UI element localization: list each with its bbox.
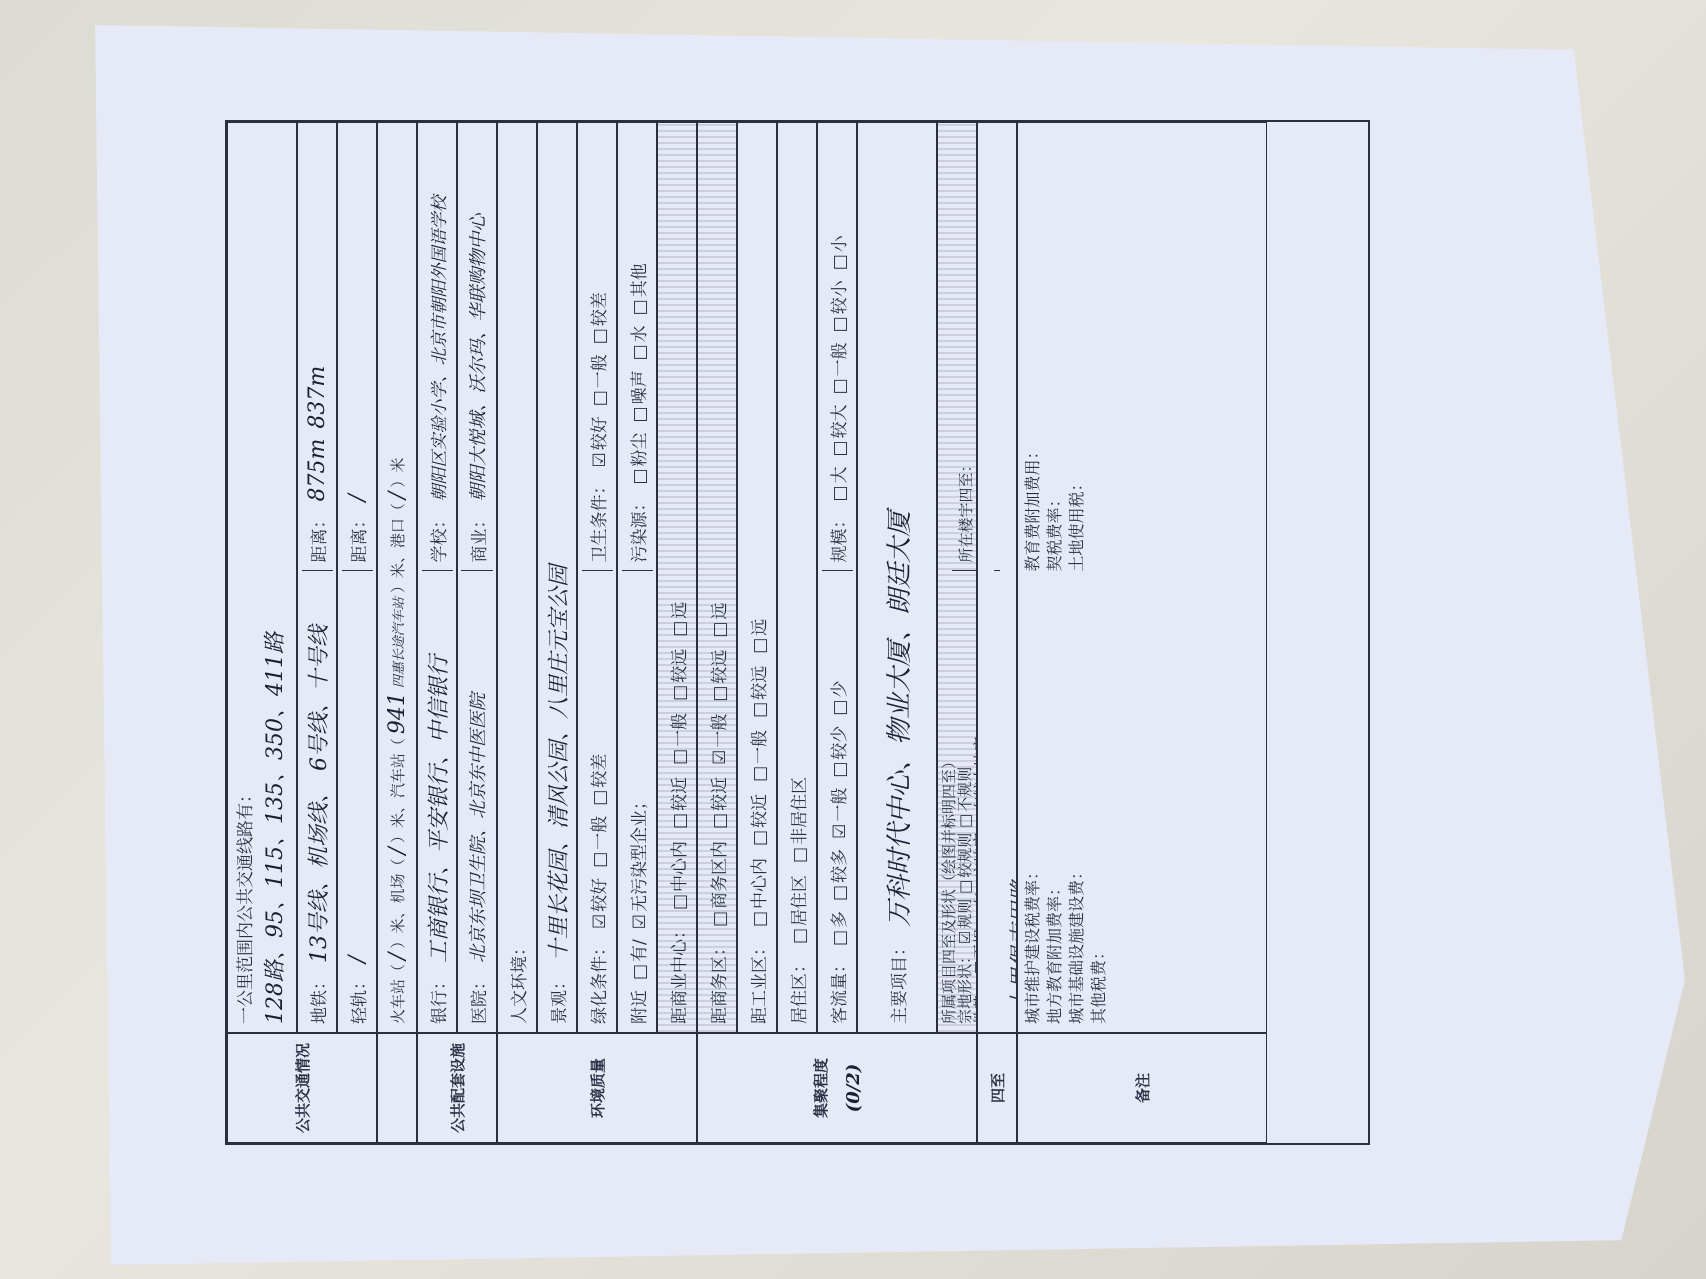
bus-routes-value: 128路、95、115、135、350、411路 — [258, 632, 289, 1024]
subway-label: 地铁： — [305, 973, 330, 1024]
business-label: 商业： — [465, 512, 490, 563]
pollution-water-checkbox[interactable]: 水 — [625, 325, 650, 360]
public-facilities-header: 公共配套设施 — [417, 1033, 497, 1143]
residential-label: 居住区： — [785, 956, 810, 1024]
education-fee-label: 教育费附加费用： — [1022, 131, 1044, 572]
greening-poor-checkbox[interactable]: 较差 — [585, 754, 610, 806]
scale-label: 规模： — [825, 512, 850, 563]
building-boundary-label: 所在楼宇四至： — [955, 457, 976, 562]
greening-average-checkbox[interactable]: 一般 — [585, 816, 610, 868]
light-rail-label: 轻轨： — [345, 973, 370, 1024]
infrastructure-label: 城市基础设施建设费： — [1066, 584, 1088, 1025]
light-rail-distance-label: 距离： — [345, 512, 370, 563]
bus-label: 一公里范围内公共交通线路有： — [231, 786, 256, 1024]
hospital-label: 医院： — [465, 973, 490, 1024]
bd-inside-checkbox[interactable]: 商务区内 — [705, 841, 730, 927]
bank-label: 银行： — [425, 973, 450, 1024]
business-value: 朝阳大悦城、沃尔玛、华联购物中心 — [464, 214, 490, 502]
transport-spacer — [377, 1033, 417, 1143]
sanitation-average-checkbox[interactable]: 一般 — [585, 354, 610, 406]
greening-label: 绿化条件： — [585, 939, 610, 1024]
bank-school-row: 银行：工商银行、平安银行、中信银行 学校：朝阳区实验小学、北京市朝阳外国语学校 — [417, 122, 457, 1033]
airport-value: / — [385, 847, 410, 854]
pollution-noise-checkbox[interactable]: 噪声 — [625, 370, 650, 422]
ind-very-far-checkbox[interactable]: 远 — [745, 619, 770, 654]
nearby-pollution-row: 附近 有/ 无污染型企业； 污染源： 粉尘 噪声 水 其他 — [617, 122, 657, 1033]
commercial-center-label: 距商业中心： — [665, 922, 690, 1024]
education-surcharge-label: 地方教育附加费率： — [1044, 584, 1066, 1025]
boundaries-sketch-row: 十里堡南甲路 东四环路 物业大厦 万科时代中心 — [977, 122, 1017, 1033]
landscape-value: 十里长花园、清风公园、八里庄元宝公园 — [542, 565, 573, 961]
main-projects-label: 主要项目： — [885, 939, 910, 1024]
humanities-label: 人文环境： — [505, 939, 530, 1024]
deed-tax-label: 契税费率： — [1044, 131, 1066, 572]
scale-larger-checkbox[interactable]: 较大 — [825, 404, 850, 456]
traffic-scale-row: 客流量： 多 较多 一般 较少 少 规模： 大 较大 一般 较小 小 — [817, 122, 857, 1033]
scale-large-checkbox[interactable]: 大 — [825, 466, 850, 501]
form-table: 公共交通情况 一公里范围内公共交通线路有： 128路、95、115、135、35… — [225, 120, 1370, 1145]
bus-station-value: 941 — [385, 692, 410, 734]
business-district-row: 距商务区： 商务区内 较近 一般 较远 远 — [697, 122, 737, 1033]
subway-distance-label: 距离： — [305, 512, 330, 563]
school-value: 朝阳区实验小学、北京市朝阳外国语学校 — [425, 196, 450, 502]
cc-inside-checkbox[interactable]: 中心内 — [665, 841, 690, 910]
concentration-header: 集聚程度 (0/2) — [697, 1033, 977, 1143]
light-rail-value: / — [345, 956, 370, 963]
airport-label: ）米、机场（ — [387, 859, 408, 949]
public-transport-header: 公共交通情况 — [227, 1033, 377, 1143]
stations-row: 火车站（ / ）米、机场（ / ）米、汽车站（ 941 四惠长途汽车站 ）米、港… — [377, 122, 417, 1033]
nearby-label: 附近 — [625, 990, 650, 1024]
traffic-average-checkbox[interactable]: 一般 — [825, 788, 850, 839]
subway-distance: 875m — [305, 439, 330, 502]
subway-row: 地铁：13号线、机场线、6号线、十号线 距离：875m837m — [297, 122, 337, 1033]
business-district-label: 距商务区： — [705, 939, 730, 1024]
traffic-less-checkbox[interactable]: 较少 — [825, 726, 850, 778]
project-sketch: 十里堡南甲路 东四环路 物业大厦 万科时代中心 — [994, 584, 1000, 1033]
cc-average-checkbox[interactable]: 一般 — [665, 713, 690, 765]
ind-far-checkbox[interactable]: 较远 — [745, 666, 770, 718]
traffic-few-checkbox[interactable]: 少 — [825, 681, 850, 716]
sanitation-poor-checkbox[interactable]: 较差 — [585, 292, 610, 344]
survey-form: 公共交通情况 一公里范围内公共交通线路有： 128路、95、115、135、35… — [225, 120, 1370, 1145]
urban-tax-label: 城市维护建设税费率： — [1022, 584, 1044, 1025]
res-non-residential-checkbox[interactable]: 非居住区 — [785, 777, 810, 863]
bd-very-far-checkbox[interactable]: 远 — [705, 603, 730, 638]
landscape-row: 景观：十里长花园、清风公园、八里庄元宝公园 — [537, 122, 577, 1033]
ind-inside-checkbox[interactable]: 中心内 — [745, 858, 770, 927]
train-label: 火车站（ — [387, 964, 408, 1024]
res-residential-checkbox[interactable]: 居住区 — [785, 875, 810, 944]
port-value: / — [385, 492, 410, 499]
project-boundary-row: 所属项目四至及形状（绘图并标明四至） 宗地形状： 规则 较规则 不规则 地势： … — [937, 122, 977, 1033]
other-fees-label: 其他税费： — [1088, 584, 1110, 1025]
residential-row: 居住区： 居住区 非居住区 — [777, 122, 817, 1033]
subway-value-2: 6号线、十号线 — [302, 625, 333, 771]
main-projects-value: 万科时代中心、物业大厦、朗廷大厦 — [879, 511, 916, 927]
bank-value: 工商银行、平安银行、中信银行 — [422, 655, 453, 963]
environment-header: 环境质量 — [497, 1033, 697, 1143]
nearby-no-checkbox[interactable]: 无污染型企业； — [625, 793, 650, 929]
scale-smaller-checkbox[interactable]: 较小 — [825, 280, 850, 332]
nearby-yes-checkbox[interactable]: 有/ — [625, 939, 650, 980]
cc-very-far-checkbox[interactable]: 远 — [665, 602, 690, 637]
sanitation-label: 卫生条件： — [585, 478, 610, 563]
school-label: 学校： — [425, 512, 450, 563]
cc-near-checkbox[interactable]: 较近 — [665, 777, 690, 829]
ind-average-checkbox[interactable]: 一般 — [745, 730, 770, 782]
landscape-label: 景观： — [545, 973, 570, 1024]
project-boundary-label: 所属项目四至及形状（绘图并标明四至） — [941, 754, 957, 1024]
cc-far-checkbox[interactable]: 较远 — [665, 649, 690, 701]
ind-near-checkbox[interactable]: 较近 — [745, 794, 770, 846]
sanitation-good-checkbox[interactable]: 较好 — [585, 416, 610, 467]
subway-distance-2: 837m — [305, 366, 330, 429]
scale-average-checkbox[interactable]: 一般 — [825, 342, 850, 394]
traffic-label: 客流量： — [825, 956, 850, 1024]
pollution-label: 污染源： — [625, 495, 650, 563]
hospital-value: 北京东坝卫生院、北京东中医医院 — [464, 693, 490, 963]
commercial-center-row: 距商业中心： 中心内 较近 一般 较远 远 — [657, 122, 697, 1033]
concentration-note: (0/2) — [843, 1064, 864, 1113]
traffic-more-checkbox[interactable]: 较多 — [825, 849, 850, 901]
industrial-row: 距工业区： 中心内 较近 一般 较远 远 — [737, 122, 777, 1033]
bd-near-checkbox[interactable]: 较近 — [705, 777, 730, 829]
humanities-row: 人文环境： — [497, 122, 537, 1033]
land-use-label: 土地使用税： — [1066, 131, 1088, 572]
boundaries-header: 四至 — [977, 1033, 1017, 1143]
bd-far-checkbox[interactable]: 较远 — [705, 650, 730, 702]
bus-station-label: ）米、汽车站（ — [387, 738, 408, 843]
unit-suffix: ）米 — [387, 458, 408, 488]
greening-good-checkbox[interactable]: 较好 — [585, 878, 610, 929]
bd-average-checkbox[interactable]: 一般 — [705, 714, 730, 765]
light-rail-distance: / — [345, 494, 370, 501]
industrial-label: 距工业区： — [745, 939, 770, 1024]
port-label: ）米、港口（ — [387, 503, 408, 593]
hospital-business-row: 医院：北京东坝卫生院、北京东中医医院 商业：朝阳大悦城、沃尔玛、华联购物中心 — [457, 122, 497, 1033]
greening-sanitation-row: 绿化条件： 较好 一般 较差 卫生条件： 较好 一般 较差 — [577, 122, 617, 1033]
building-sketch-empty — [994, 123, 1000, 572]
bus-station-note: 四惠长途汽车站 — [388, 597, 407, 688]
traffic-many-checkbox[interactable]: 多 — [825, 911, 850, 946]
pollution-other-checkbox[interactable]: 其他 — [625, 263, 650, 315]
subway-value: 13号线、机场线、 — [302, 781, 333, 963]
train-value: / — [385, 953, 410, 960]
pollution-dust-checkbox[interactable]: 粉尘 — [625, 432, 650, 484]
main-projects-row: 主要项目： 万科时代中心、物业大厦、朗廷大厦 — [857, 122, 937, 1033]
bus-routes-cell: 一公里范围内公共交通线路有： 128路、95、115、135、350、411路 — [227, 122, 297, 1033]
light-rail-row: 轻轨：/ 距离：/ — [337, 122, 377, 1033]
north-road-label: 十里堡南甲路 — [1004, 880, 1017, 1012]
concentration-title: 集聚程度 — [810, 1058, 831, 1118]
remarks-row: 城市维护建设税费率： 地方教育附加费率： 城市基础设施建设费： 其他税费： 教育… — [1017, 122, 1267, 1033]
scale-small-checkbox[interactable]: 小 — [825, 235, 850, 270]
remarks-header: 备注 — [1017, 1033, 1267, 1143]
